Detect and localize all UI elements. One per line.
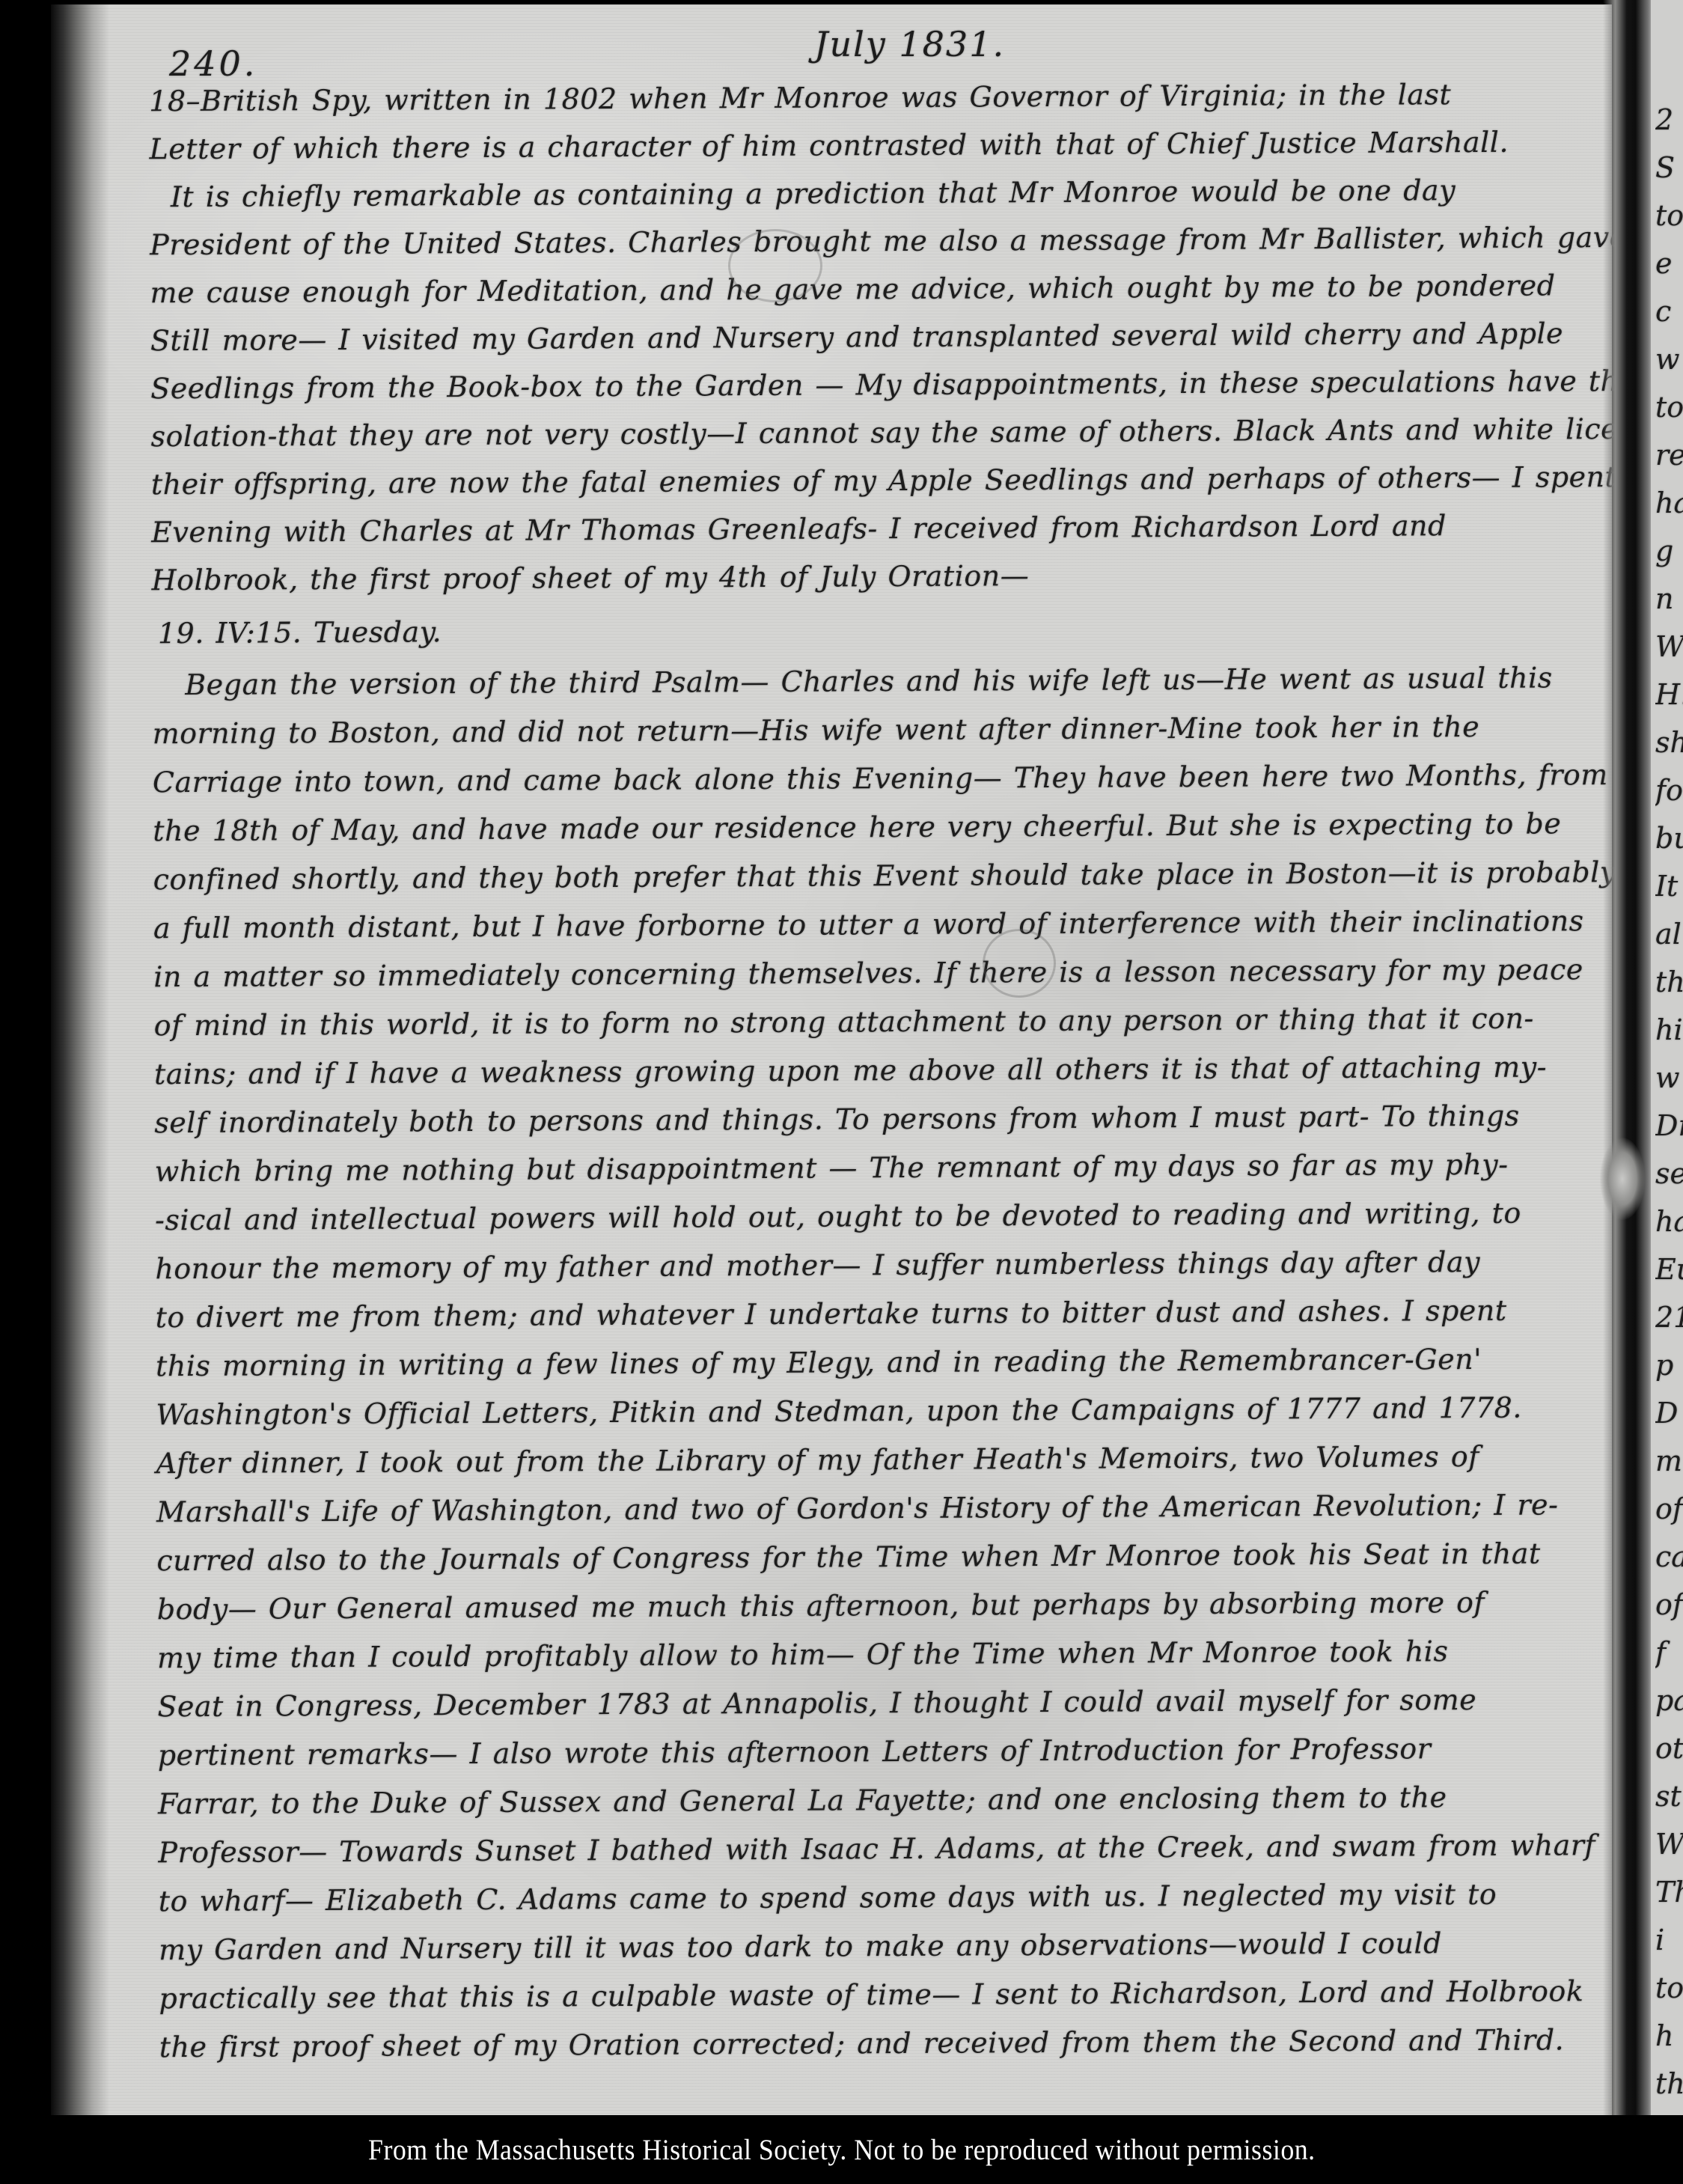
adjacent-page-text-fragment: i bbox=[1655, 1916, 1683, 1964]
diary-entry-july-19: Began the version of the third Psalm— Ch… bbox=[152, 653, 1658, 2072]
handwritten-line: in a matter so immediately concerning th… bbox=[153, 945, 1652, 1001]
adjacent-page-text-fragment: bu bbox=[1655, 814, 1683, 862]
handwritten-line: -sical and intellectual powers will hold… bbox=[155, 1189, 1653, 1245]
handwritten-line: Carriage into town, and came back alone … bbox=[153, 751, 1651, 807]
adjacent-page-text-fragment: H. bbox=[1655, 671, 1683, 719]
handwritten-line: body— Our General amused me much this af… bbox=[157, 1578, 1655, 1634]
handwritten-line: Seat in Congress, December 1783 at Annap… bbox=[157, 1675, 1655, 1731]
handwritten-line: Began the version of the third Psalm— Ch… bbox=[152, 653, 1650, 710]
book-binding-edge bbox=[51, 4, 109, 2120]
adjacent-page-text-fragment: w bbox=[1655, 335, 1683, 383]
handwritten-line: their offspring, are now the fatal enemi… bbox=[151, 453, 1649, 508]
handwritten-line: solation-that they are not very costly—I… bbox=[150, 405, 1649, 460]
handwritten-line: Marshall's Life of Washington, and two o… bbox=[156, 1480, 1655, 1537]
handwritten-line: to wharf— Elizabeth C. Adams came to spe… bbox=[159, 1870, 1657, 1926]
adjacent-page-text-fragment: ca bbox=[1655, 1533, 1683, 1581]
diary-text-block: 18–British Spy, written in 1802 when Mr … bbox=[149, 70, 1658, 2072]
handwritten-line: the first proof sheet of my Oration corr… bbox=[159, 2016, 1658, 2072]
handwritten-line: Holbrook, the first proof sheet of my 4t… bbox=[151, 549, 1649, 604]
handwritten-line: this morning in writing a few lines of m… bbox=[156, 1335, 1654, 1391]
handwritten-line: After dinner, I took out from the Librar… bbox=[156, 1432, 1655, 1488]
footer-credit-bar: From the Massachusetts Historical Societ… bbox=[0, 2115, 1683, 2184]
page-gutter bbox=[1603, 0, 1652, 2120]
adjacent-page-text-fragment: S bbox=[1655, 144, 1683, 192]
adjacent-page-text-fragment: n bbox=[1655, 575, 1683, 623]
adjacent-page-text-fragment: Dr bbox=[1655, 1102, 1683, 1150]
handwritten-line: to divert me from them; and whatever I u… bbox=[156, 1286, 1654, 1342]
adjacent-page-text-fragment: sec bbox=[1655, 1150, 1683, 1198]
diary-entry-july-18: 18–British Spy, written in 1802 when Mr … bbox=[149, 70, 1650, 604]
paper-defect-blob bbox=[1600, 1138, 1645, 1220]
entry-heading-july-19: 19. IV:15. Tuesday. bbox=[158, 600, 1650, 659]
adjacent-page-text-fragment: 2 bbox=[1655, 96, 1683, 144]
handwritten-line: 18–British Spy, written in 1802 when Mr … bbox=[149, 70, 1647, 125]
handwritten-line: self inordinately both to persons and th… bbox=[154, 1091, 1652, 1147]
handwritten-line: It is chiefly remarkable as containing a… bbox=[150, 165, 1648, 221]
handwritten-line: Professor— Towards Sunset I bathed with … bbox=[158, 1821, 1656, 1877]
adjacent-page-text-fragment: ot bbox=[1655, 1724, 1683, 1772]
adjacent-page-text-fragment: D bbox=[1655, 1389, 1683, 1437]
adjacent-page-text-fragment: pa bbox=[1655, 1677, 1683, 1724]
handwritten-line: morning to Boston, and did not return—Hi… bbox=[152, 702, 1650, 758]
handwritten-line: Letter of which there is a character of … bbox=[149, 118, 1647, 173]
adjacent-page-text-fragment: ha bbox=[1655, 479, 1683, 527]
scanned-diary-page: 240. July 1831. 18–British Spy, written … bbox=[0, 0, 1683, 2184]
adjacent-page-text-fragment: e bbox=[1655, 240, 1683, 287]
handwritten-line: curred also to the Journals of Congress … bbox=[156, 1529, 1655, 1585]
adjacent-page-text-fragment: st bbox=[1655, 1772, 1683, 1820]
adjacent-page-text-fragment: re bbox=[1655, 431, 1683, 479]
pencil-mark bbox=[728, 229, 822, 302]
handwritten-line: which bring me nothing but disappointmen… bbox=[155, 1140, 1653, 1196]
handwritten-line: of mind in this world, it is to form no … bbox=[154, 994, 1652, 1050]
next-page-sliver: 2 S to e c w to re ha g n W H. sh for bu… bbox=[1651, 0, 1683, 2120]
adjacent-page-text-fragment: for bbox=[1655, 766, 1683, 814]
adjacent-page-text-fragment: of bbox=[1655, 1581, 1683, 1629]
adjacent-page-text-fragment: ha bbox=[1655, 1198, 1683, 1245]
adjacent-page-text-fragment: 21 bbox=[1655, 1293, 1683, 1341]
adjacent-page-text-fragment: W bbox=[1655, 623, 1683, 671]
adjacent-page-text-fragment: p bbox=[1655, 1341, 1683, 1389]
handwritten-line: Farrar, to the Duke of Sussex and Genera… bbox=[158, 1772, 1656, 1828]
diary-paper: 240. July 1831. 18–British Spy, written … bbox=[51, 4, 1612, 2120]
adjacent-page-text-fragment: to bbox=[1655, 192, 1683, 240]
handwritten-line: my Garden and Nursery till it was too da… bbox=[159, 1918, 1657, 1974]
adjacent-page-text-fragment: th bbox=[1655, 2060, 1683, 2108]
handwritten-line: pertinent remarks— I also wrote this aft… bbox=[158, 1724, 1656, 1780]
pencil-mark bbox=[983, 929, 1056, 998]
adjacent-page-text-fragment: of bbox=[1655, 1485, 1683, 1533]
adjacent-page-text-fragment: hi bbox=[1655, 1006, 1683, 1054]
handwritten-line: a full month distant, but I have forborn… bbox=[153, 897, 1652, 953]
handwritten-line: confined shortly, and they both prefer t… bbox=[153, 848, 1651, 904]
adjacent-page-text-fragment: h bbox=[1655, 2012, 1683, 2060]
adjacent-page-text-fragment: w bbox=[1655, 1054, 1683, 1102]
adjacent-page-text-fragment: to bbox=[1655, 1964, 1683, 2012]
handwritten-line: tains; and if I have a weakness growing … bbox=[154, 1043, 1652, 1099]
adjacent-page-text-fragment: g bbox=[1655, 527, 1683, 575]
adjacent-page-text-fragment: W bbox=[1655, 1820, 1683, 1868]
handwritten-line: Still more— I visited my Garden and Nurs… bbox=[150, 309, 1649, 364]
header-date: July 1831. bbox=[814, 24, 1005, 64]
handwritten-line: practically see that this is a culpable … bbox=[159, 1967, 1657, 2023]
adjacent-page-text-fragment: f bbox=[1655, 1629, 1683, 1677]
adjacent-page-text-fragment: th bbox=[1655, 958, 1683, 1006]
adjacent-page-text-fragment: to bbox=[1655, 383, 1683, 431]
adjacent-page-text-fragment: Eu bbox=[1655, 1245, 1683, 1293]
adjacent-page-text-fragment: sh bbox=[1655, 719, 1683, 766]
adjacent-page-text-fragment: al bbox=[1655, 910, 1683, 958]
adjacent-page-text-fragment: It bbox=[1655, 862, 1683, 910]
handwritten-line: Evening with Charles at Mr Thomas Greenl… bbox=[151, 501, 1649, 556]
adjacent-page-text-column: 2 S to e c w to re ha g n W H. sh for bu… bbox=[1655, 96, 1683, 2120]
handwritten-line: my time than I could profitably allow to… bbox=[157, 1626, 1655, 1683]
footer-credit-text: From the Massachusetts Historical Societ… bbox=[368, 2133, 1316, 2167]
handwritten-line: President of the United States. Charles … bbox=[150, 213, 1648, 269]
handwritten-line: honour the memory of my father and mothe… bbox=[155, 1237, 1653, 1293]
adjacent-page-text-fragment: m bbox=[1655, 1437, 1683, 1485]
adjacent-page-text-fragment: Th bbox=[1655, 1868, 1683, 1916]
handwritten-line: the 18th of May, and have made our resid… bbox=[153, 799, 1651, 855]
adjacent-page-text-fragment: c bbox=[1655, 287, 1683, 335]
handwritten-line: Seedlings from the Book-box to the Garde… bbox=[150, 357, 1649, 412]
handwritten-line: Washington's Official Letters, Pitkin an… bbox=[156, 1383, 1654, 1439]
handwritten-line: me cause enough for Meditation, and he g… bbox=[150, 261, 1648, 317]
